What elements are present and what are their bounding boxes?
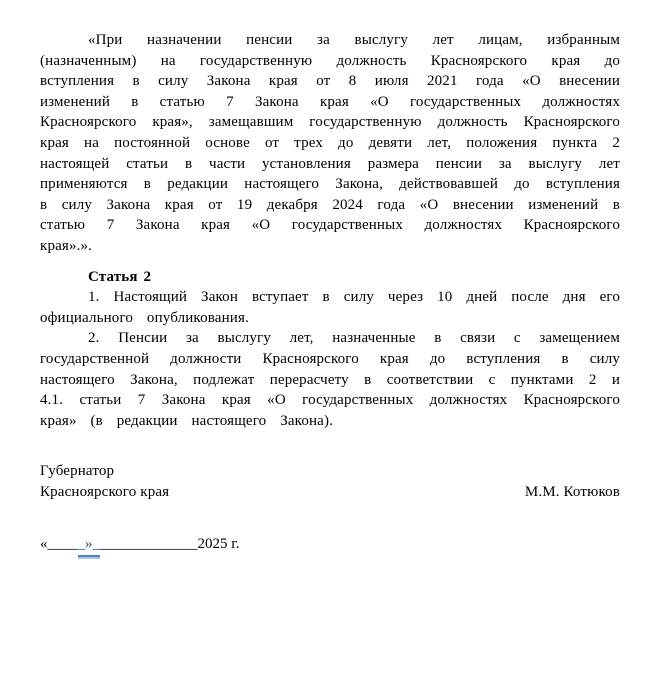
date-open-quote: « [40,536,48,552]
amendment-quote-paragraph: «При назначении пенсии за выслугу лет ли… [40,30,620,257]
tracked-change-close-quote: _»_ [78,534,101,557]
signatory-position: Губернатор Красноярского края [40,461,169,502]
date-year: 2025 г. [198,536,240,552]
article-2-heading: Статья 2 [40,267,620,288]
document-page: «При назначении пенсии за выслугу лет ли… [0,0,660,682]
signatory-name: М.М. Котюков [525,482,620,503]
signatory-position-line-2: Красноярского края [40,482,169,503]
date-blank-after: _____________ [100,536,198,552]
signature-block: Губернатор Красноярского края М.М. Котюк… [40,461,620,502]
article-2-clause-1: 1. Настоящий Закон вступает в силу через… [40,287,620,328]
article-2-clause-2: 2. Пенсии за выслугу лет, назначенные в … [40,328,620,431]
date-blank-before: ____ [48,536,78,552]
signatory-position-line-1: Губернатор [40,461,169,482]
date-line: «_____»______________2025 г. [40,534,620,557]
